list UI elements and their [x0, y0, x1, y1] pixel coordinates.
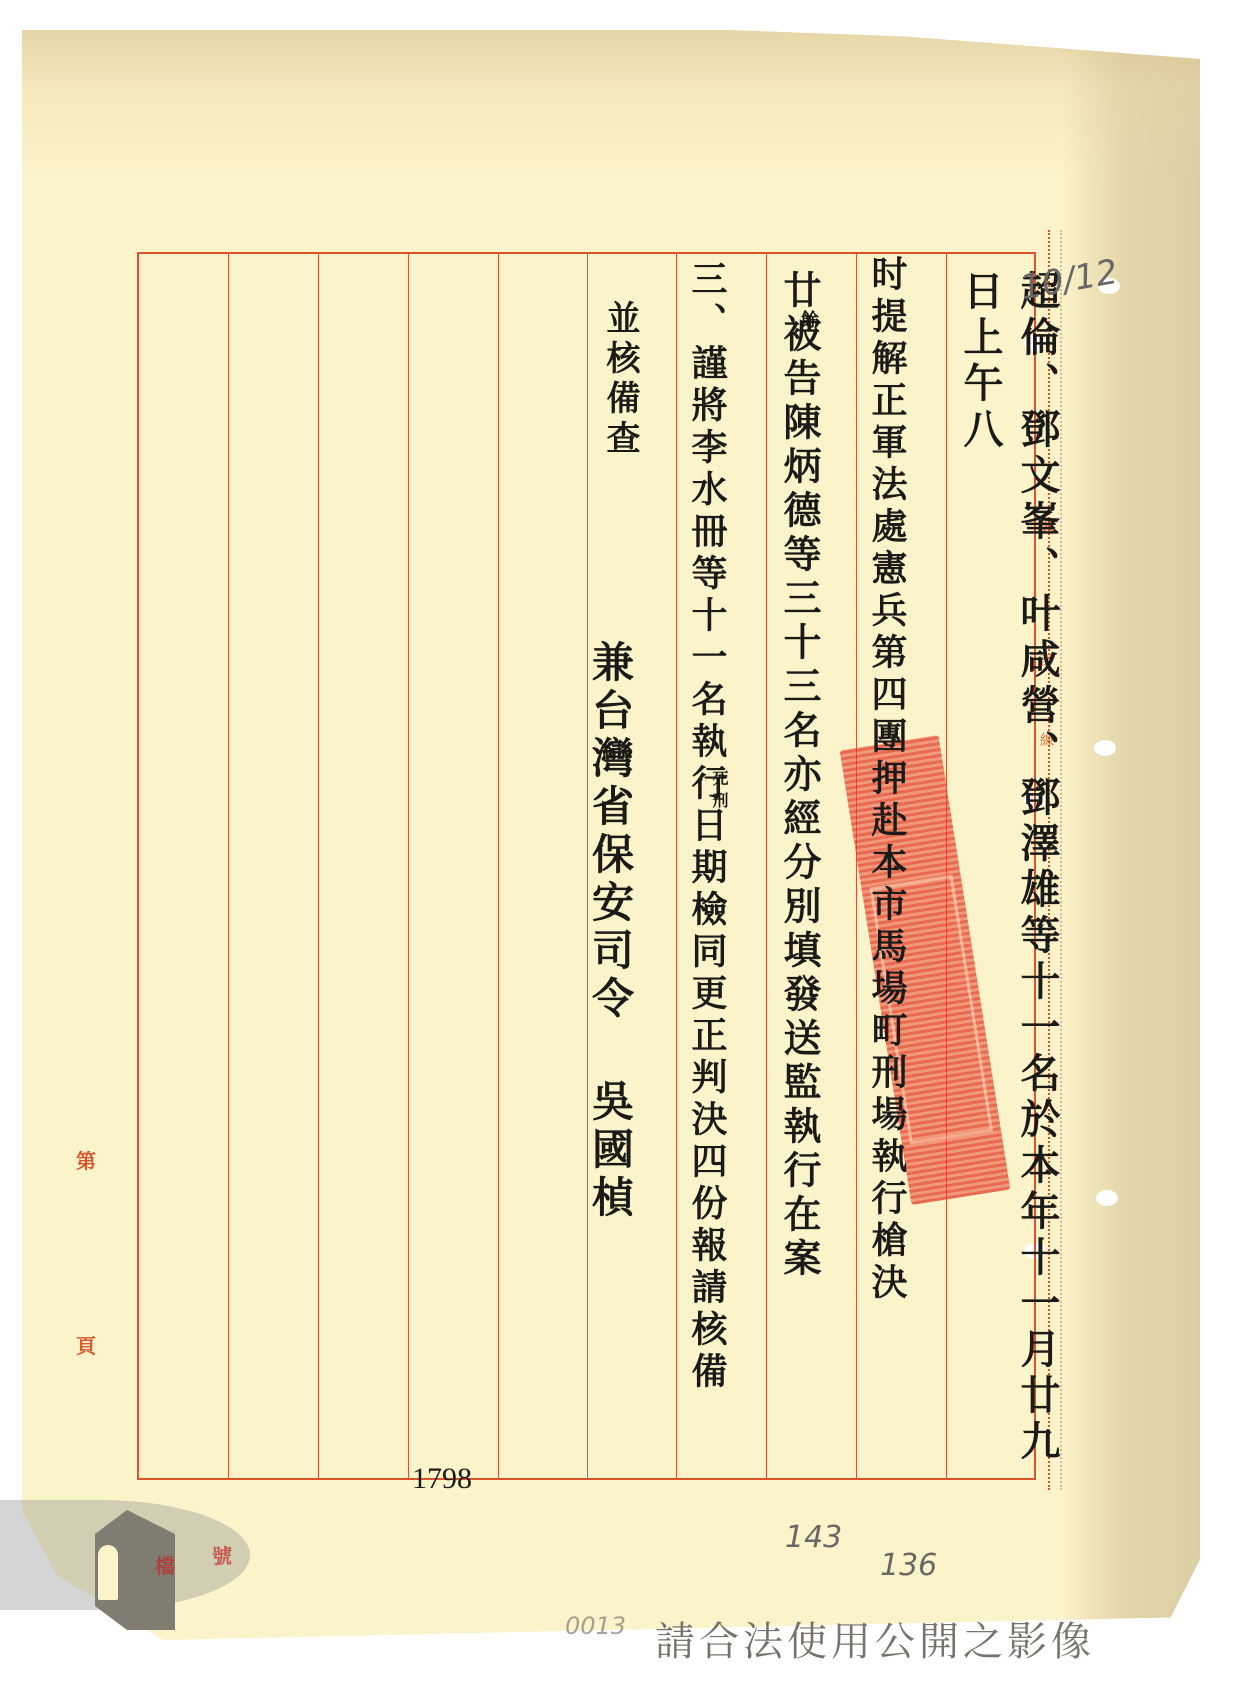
page-suffix-label: 頁: [76, 1330, 96, 1359]
page-number: 1798: [412, 1462, 472, 1496]
pencil-note-0013: 0013: [565, 1612, 626, 1640]
text-column-5: 並核備查: [596, 300, 645, 600]
signature-block: 兼台灣省保安司令 吳國楨: [580, 640, 640, 1240]
archive-logo: 檔 號: [0, 1490, 250, 1630]
logo-text-2: 號: [212, 1540, 232, 1569]
punch-hole: [1096, 1190, 1118, 1206]
text-column-4: 三、謹將李水冊等十一名執行日期檢同更正判決四份報請核備: [682, 260, 733, 1460]
usage-watermark: 請合法使用公開之影像: [655, 1610, 1095, 1667]
pencil-note-136: 136: [880, 1548, 937, 1583]
page-prefix-label: 第: [76, 1145, 96, 1174]
logo-text-1: 檔: [155, 1550, 175, 1579]
keyhole-icon: [98, 1545, 118, 1600]
text-column-1: 超倫、鄧文峯、叶咸營、鄧澤雄等十一名於本年十一月廿九日上午八: [952, 270, 1066, 1470]
text-column-2: 时提解正軍法處憲兵第四團押赴本市馬場町刑場執行槍決: [862, 255, 913, 1455]
pencil-note-143: 143: [785, 1520, 842, 1555]
text-column-3: 廿被告陳炳德等三十三名亦經分別填發送監執行在案: [772, 270, 827, 1370]
punch-hole: [1094, 740, 1116, 756]
